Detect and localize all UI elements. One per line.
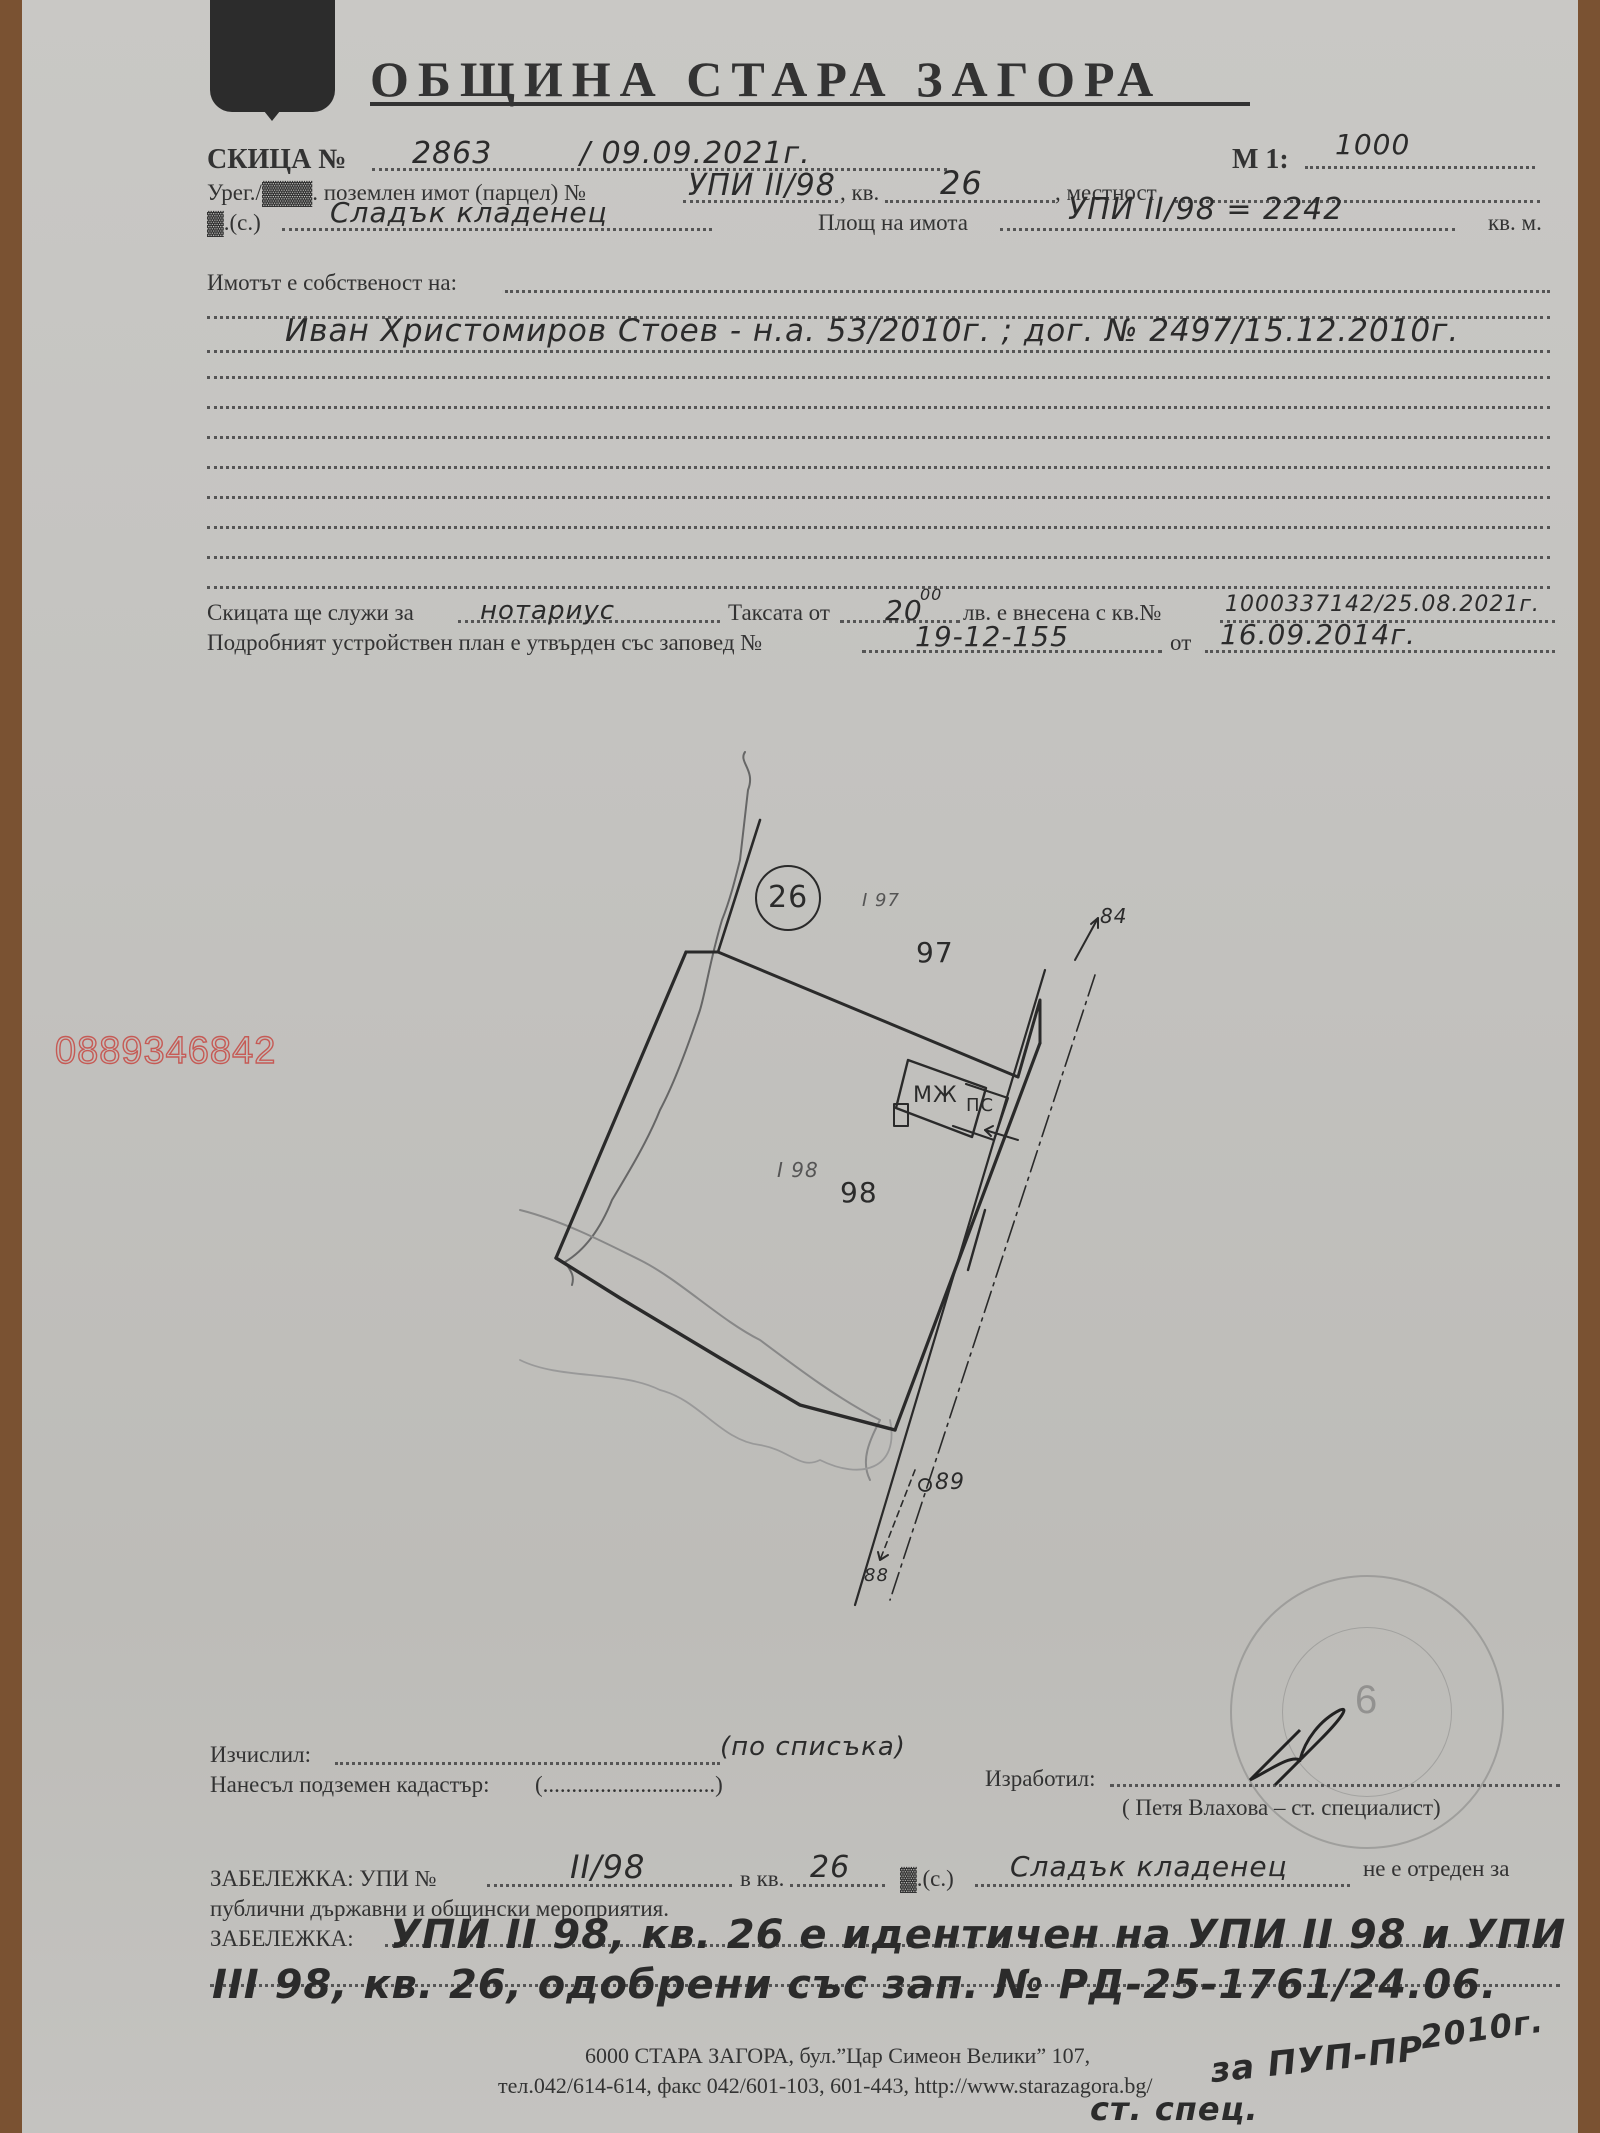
title-underline [370,102,1250,106]
parcel-97-sublabel: I 97 [862,890,900,911]
serve-label: Скицата ще служи за [207,600,414,626]
footer-contacts: тел.042/614-614, факс 042/601-103, 601-4… [498,2073,1153,2099]
fee-superscript: 00 [920,585,942,604]
note1-village-line [975,1884,1350,1887]
plan-label: Подробният устройствен план е утвърден с… [207,630,762,656]
ownership-line-8 [207,496,1550,499]
note1-village-label: ▓.(с.) [900,1866,954,1892]
ownership-label: Имотът е собственост на: [207,270,457,296]
ownership-line-6 [207,436,1550,439]
receipt-value: 1000337142/25.08.2021г. [1225,592,1540,617]
parcel-97-label: 97 [916,936,954,969]
parcel-98-label: 98 [840,1176,878,1209]
village-value: Сладък кладенец [330,196,608,229]
owner-value: Иван Христомиров Стоев - н.а. 53/2010г. … [285,313,1459,349]
area-value: УПИ II/98 = 2242 [1068,192,1343,227]
cadastre-value: (..............................) [535,1772,723,1798]
note2-prefix: ЗАБЕЛЕЖКА: [210,1926,354,1952]
block-label: , кв. [840,180,879,206]
municipality-title: ОБЩИНА СТАРА ЗАГОРА [370,50,1162,108]
ownership-line-11 [207,586,1550,589]
ownership-line-4 [207,376,1550,379]
ownership-line-5 [207,406,1550,409]
order-date-value: 16.09.2014г. [1220,618,1416,651]
note1-block-label: в кв. [740,1866,784,1892]
building-label: МЖ [913,1083,958,1108]
building-annex-label: ПС [966,1095,994,1116]
note1-prefix: ЗАБЕЛЕЖКА: УПИ № [210,1866,437,1892]
point-89-label: 89 [935,1470,965,1495]
ownership-line-3 [207,350,1550,353]
area-label: Площ на имота [818,210,968,236]
scale-value: 1000 [1335,128,1410,161]
computed-label: Изчислил: [210,1742,311,1768]
note1-suffix: не е отреден за [1363,1856,1509,1882]
signature-mark [1240,1700,1370,1790]
village-label: ▓.(с.) [207,210,261,236]
point-84-label: 84 [1100,904,1127,928]
block-value: 26 [940,164,983,202]
coat-of-arms-icon [210,0,335,112]
fee-label: Таксата от [728,600,830,626]
area-unit: кв. м. [1488,210,1542,236]
serve-value: нотариус [480,596,615,626]
area-line [1000,228,1455,231]
sketch-date-value: / 09.09.2021г. [580,136,811,171]
note1-village-value: Сладък кладенец [1010,1850,1288,1883]
computed-value: (по списъка) [720,1732,906,1762]
parcel-value: УПИ II/98 [688,168,836,203]
ownership-line-1 [505,290,1550,293]
order-value: 19-12-155 [915,620,1069,653]
footer-address: 6000 СТАРА ЗАГОРА, бул.”Цар Симеон Велик… [585,2043,1090,2069]
ownership-line-9 [207,526,1550,529]
note2-text-2: III 98, кв. 26, одобрени със зап. № РД-2… [212,1962,1497,2008]
ownership-line-7 [207,466,1550,469]
note2-text-1: УПИ II 98, кв. 26 е идентичен на УПИ II … [390,1912,1566,1958]
prepared-label: Изработил: [985,1766,1096,1792]
sketch-number-value: 2863 [412,136,492,171]
phone-watermark: 0889346842 [55,1030,276,1073]
scale-line [1305,166,1535,169]
note1-upi-value: II/98 [570,1848,645,1886]
sketch-number-label: СКИЦА № [207,144,346,176]
ownership-line-10 [207,556,1550,559]
parcel-98-sublabel: I 98 [777,1158,819,1182]
order-date-label: от [1170,630,1191,656]
scale-label: М 1: [1232,144,1289,176]
cadastre-label: Нанесъл подземен кадастър: [210,1772,489,1798]
note1-block-value: 26 [810,1850,850,1885]
point-88-label: 88 [864,1565,889,1586]
computed-line [335,1762,720,1765]
prepared-by: ( Петя Влахова – ст. специалист) [1122,1795,1441,1821]
block-number-label: 26 [768,880,808,915]
